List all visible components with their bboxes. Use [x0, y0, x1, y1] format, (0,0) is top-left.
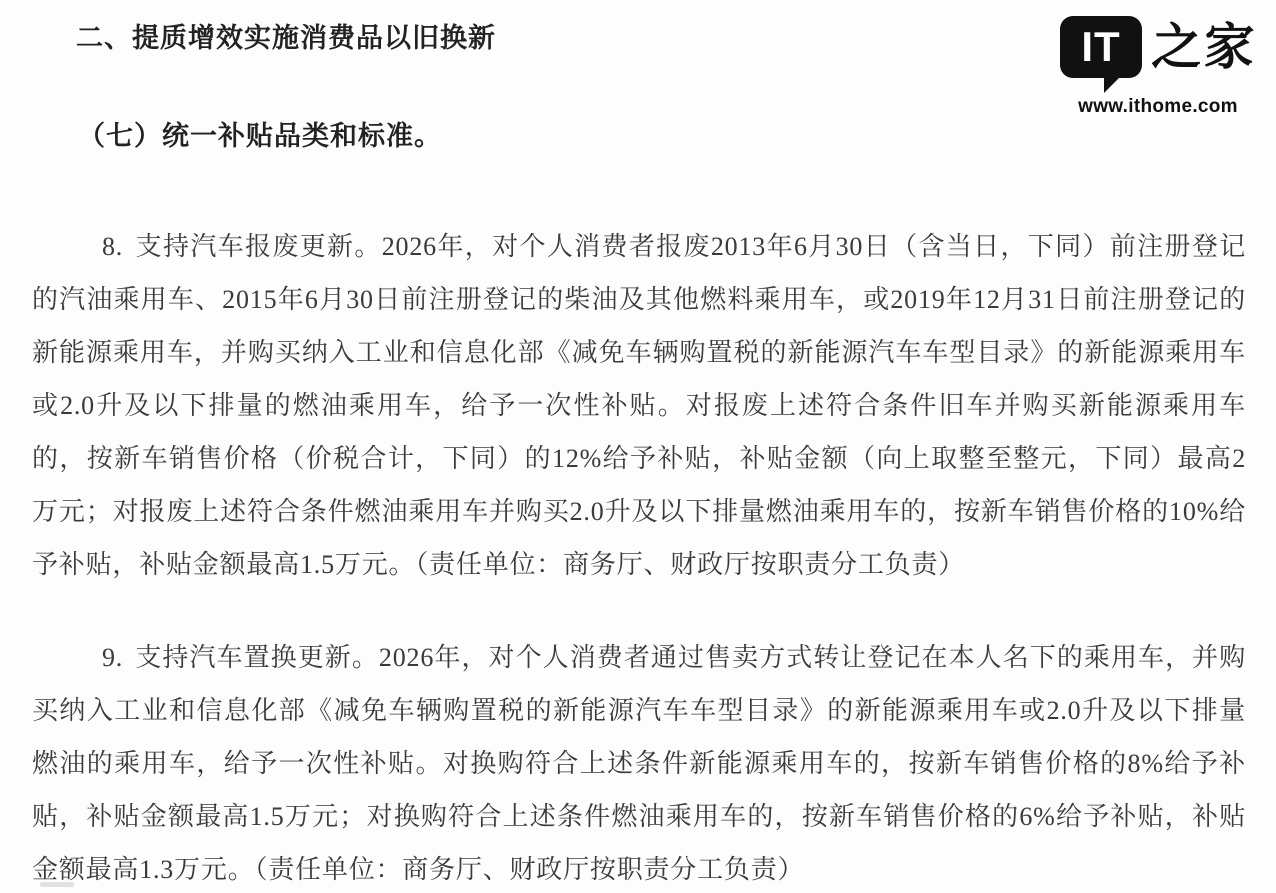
paragraph-8-text: 支持汽车报废更新。2026年，对个人消费者报废2013年6月30日（含当日，下同…: [32, 232, 1246, 579]
sub-heading: （七）统一补贴品类和标准。: [32, 116, 1246, 156]
paragraph-9-number: 9.: [102, 643, 123, 672]
paragraph-8-number: 8.: [102, 232, 123, 261]
scan-edge-artifact: [40, 882, 74, 887]
paragraph-8: 8.支持汽车报废更新。2026年，对个人消费者报废2013年6月30日（含当日，…: [32, 220, 1246, 591]
ithome-speech-bubble-icon: IT: [1060, 16, 1142, 78]
ithome-logo: IT 之家 www.ithome.com: [1058, 16, 1258, 118]
document-page: 二、提质增效实施消费品以旧换新 （七）统一补贴品类和标准。 8.支持汽车报废更新…: [0, 0, 1276, 893]
ithome-logo-cjk-text: 之家: [1150, 16, 1257, 78]
paragraph-9: 9.支持汽车置换更新。2026年，对个人消费者通过售卖方式转让登记在本人名下的乘…: [32, 631, 1246, 893]
paragraph-9-text: 支持汽车置换更新。2026年，对个人消费者通过售卖方式转让登记在本人名下的乘用车…: [32, 643, 1246, 884]
ithome-url-text: www.ithome.com: [1058, 96, 1258, 118]
ithome-logo-row: IT 之家: [1058, 16, 1258, 78]
document-body: 二、提质增效实施消费品以旧换新 （七）统一补贴品类和标准。 8.支持汽车报废更新…: [0, 0, 1276, 893]
speech-bubble-tail-icon: [1104, 76, 1121, 93]
ithome-logo-it-text: IT: [1081, 26, 1120, 68]
